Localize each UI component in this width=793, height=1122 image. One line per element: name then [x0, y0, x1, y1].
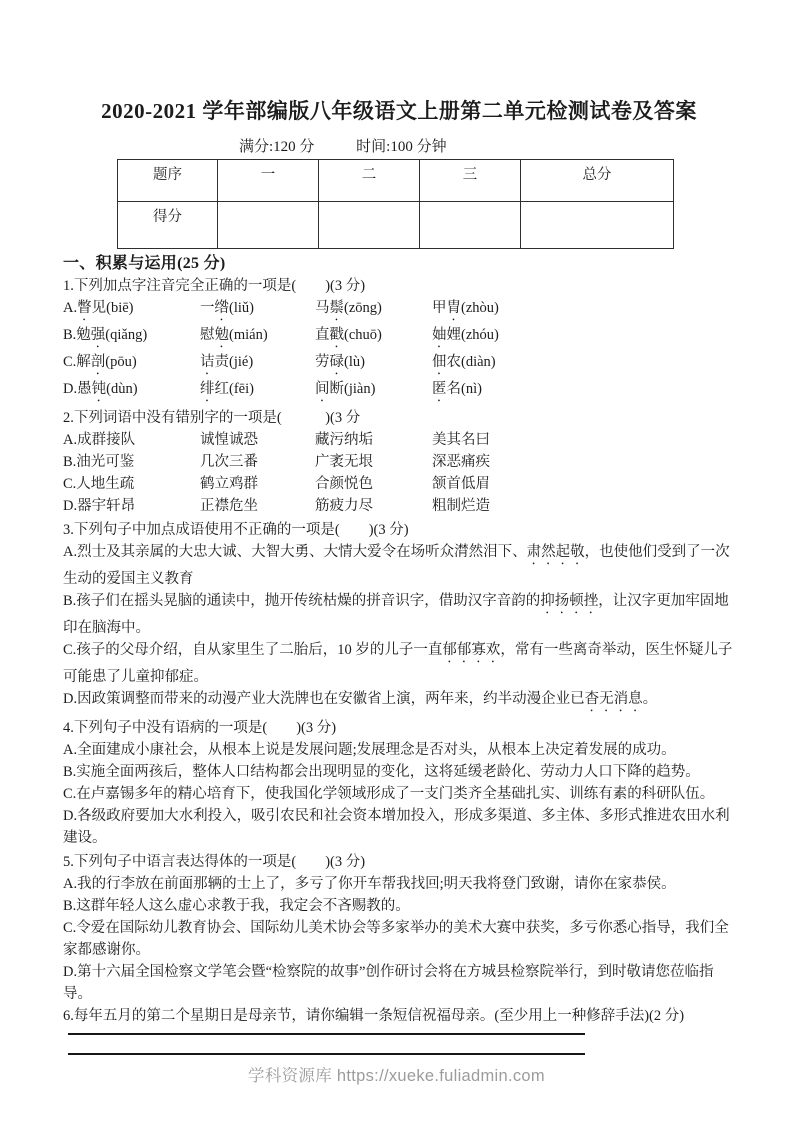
option-paragraph-b: B.孩子们在摇头晃脑的通读中，抛开传统枯燥的拼音识字，借助汉字音韵的抑扬顿挫，让… [63, 590, 735, 639]
question-stem: 2.下列词语中没有错别字的一项是( )(3 分 [63, 407, 735, 429]
option-paragraph-d: D.第十六届全国检察文学笔会暨“检察院的故事”创作研讨会将在方城县检察院举行，到… [63, 961, 735, 1005]
score-table: 题序 一 二 三 总分 得分 [117, 159, 674, 249]
option-paragraph-a: A.全面建成小康社会，从根本上说是发展问题;发展理念是否对头，从根本上决定着发展… [63, 739, 735, 761]
emphasized-text: 绺 [215, 300, 230, 316]
question-stem: 1.下列加点字注音完全正确的一项是( )(3 分) [63, 275, 735, 297]
answer-blank-area [63, 1030, 735, 1055]
emphasized-text: 钝 [92, 381, 107, 397]
emphasized-text: 强 [91, 327, 106, 343]
option-paragraph-c: C.令爱在国际幼儿教育协会、国际幼儿美术协会等多家举办的美术大赛中获奖，多亏你悉… [63, 917, 735, 961]
question-6: 6.每年五月的第二个星期日是母亲节，请你编辑一条短信祝福母亲。(至少用上一种修辞… [63, 1005, 735, 1027]
footer-credit: 学科资源库 https://xueke.fuliadmin.com [0, 1062, 793, 1086]
question-stem: 4.下列句子中没有语病的一项是( )(3 分) [63, 717, 735, 739]
score-table-cell [218, 202, 319, 249]
option-cell: 合颜悦色 [315, 473, 432, 495]
q2-option-row-a: A.成群接队 诚惶诚恐 藏污纳垢 美其名曰 [63, 429, 735, 451]
emphasized-text: 佃 [432, 354, 447, 370]
option-paragraph-b: B.这群年轻人这么虚心求教于我，我定会不吝赐教的。 [63, 895, 735, 917]
option-cell: A.瞥见(biē) [63, 297, 200, 324]
option-paragraph-a: A.烈士及其亲属的大忠大诚、大智大勇、大情大爱令在场听众潸然泪下、肃然起敬，也使… [63, 541, 735, 590]
question-stem: 5.下列句子中语言表达得体的一项是( )(3 分) [63, 851, 735, 873]
option-cell: 匿名(nì) [432, 378, 735, 405]
question-stem: 6.每年五月的第二个星期日是母亲节，请你编辑一条短信祝福母亲。(至少用上一种修辞… [63, 1005, 735, 1027]
option-cell: 诘责(jié) [200, 351, 315, 378]
option-cell: 诚惶诚恐 [200, 429, 315, 451]
exam-meta: 满分:120 分 时间:100 分钟 [239, 137, 735, 157]
option-cell: 颔首低眉 [432, 473, 735, 495]
score-table-cell: 一 [218, 160, 319, 202]
score-table-cell: 题序 [118, 160, 218, 202]
q2-option-row-b: B.油光可鉴 几次三番 广袤无垠 深恶痛疾 [63, 451, 735, 473]
emphasized-text: 勉 [215, 327, 230, 343]
option-cell: 粗制烂造 [432, 495, 735, 517]
option-cell: C.解剖(pōu) [63, 351, 200, 378]
option-cell: 慰勉(mián) [200, 324, 315, 351]
option-cell: B.勉强(qiǎng) [63, 324, 200, 351]
option-cell: 正襟危坐 [200, 495, 315, 517]
emphasized-text: 间 [315, 381, 330, 397]
score-table-cell [521, 202, 674, 249]
emphasized-text: 匿 [432, 381, 447, 397]
option-cell: 广袤无垠 [315, 451, 432, 473]
option-cell: B.油光可鉴 [63, 451, 200, 473]
option-paragraph-c: C.在卢嘉锡多年的精心培育下，使我国化学领域形成了一支门类齐全基础扎实、训练有素… [63, 783, 735, 805]
option-cell: 几次三番 [200, 451, 315, 473]
option-cell: 佃农(diàn) [432, 351, 735, 378]
option-cell: 马鬃(zōng) [315, 297, 432, 324]
q2-option-row-d: D.器宇轩昂 正襟危坐 筋疲力尽 粗制烂造 [63, 495, 735, 517]
option-cell: 妯娌(zhóu) [432, 324, 735, 351]
option-cell: D.器宇轩昂 [63, 495, 200, 517]
option-cell: 深恶痛疾 [432, 451, 735, 473]
option-cell: 鹤立鸡群 [200, 473, 315, 495]
question-4: 4.下列句子中没有语病的一项是( )(3 分) A.全面建成小康社会，从根本上说… [63, 717, 735, 849]
option-cell: A.成群接队 [63, 429, 200, 451]
emphasized-text: 肃然起敬 [527, 544, 585, 560]
emphasized-text: 妯 [432, 327, 447, 343]
score-table-header-row: 题序 一 二 三 总分 [118, 160, 674, 202]
q1-option-row-b: B.勉强(qiǎng) 慰勉(mián) 直戳(chuō) 妯娌(zhóu) [63, 324, 735, 351]
option-cell: 间断(jiàn) [315, 378, 432, 405]
emphasized-text: 戳 [330, 327, 345, 343]
score-table-cell: 二 [319, 160, 420, 202]
score-table-cell: 得分 [118, 202, 218, 249]
emphasized-text: 诘 [200, 354, 215, 370]
time-limit-label: 时间:100 分钟 [356, 137, 446, 157]
question-5: 5.下列句子中语言表达得体的一项是( )(3 分) A.我的行李放在前面那辆的士… [63, 851, 735, 1005]
option-cell: 绯红(fēi) [200, 378, 315, 405]
emphasized-text: 胄 [447, 300, 462, 316]
option-cell: D.愚钝(dùn) [63, 378, 200, 405]
emphasized-text: 剖 [91, 354, 106, 370]
answer-line [68, 1035, 585, 1055]
option-cell: 藏污纳垢 [315, 429, 432, 451]
option-paragraph-d: D.各级政府要加大水利投入，吸引农民和社会资本增加投入，形成多渠道、多主体、多形… [63, 805, 735, 849]
option-cell: 直戳(chuō) [315, 324, 432, 351]
option-cell: 一绺(liǔ) [200, 297, 315, 324]
option-paragraph-d: D.因政策调整而带来的动漫产业大洗牌也在安徽省上演，两年来，约半动漫企业已杳无消… [63, 688, 735, 715]
score-table-cell [319, 202, 420, 249]
question-3: 3.下列句子中加点成语使用不正确的一项是( )(3 分) A.烈士及其亲属的大忠… [63, 519, 735, 715]
emphasized-text: 碌 [330, 354, 345, 370]
option-paragraph-c: C.孩子的父母介绍，自从家里生了二胎后，10 岁的儿子一直郁郁寡欢，常有一些离奇… [63, 639, 735, 688]
option-cell: 劳碌(lù) [315, 351, 432, 378]
section-heading: 一、积累与运用(25 分) [63, 253, 735, 275]
option-cell: 筋疲力尽 [315, 495, 432, 517]
score-table-cell [420, 202, 521, 249]
question-2: 2.下列词语中没有错别字的一项是( )(3 分 A.成群接队 诚惶诚恐 藏污纳垢… [63, 407, 735, 517]
question-stem: 3.下列句子中加点成语使用不正确的一项是( )(3 分) [63, 519, 735, 541]
emphasized-text: 瞥 [77, 300, 92, 316]
emphasized-text: 郁郁寡欢 [442, 642, 500, 658]
emphasized-text: 杳无消息 [585, 691, 643, 707]
score-table-cell: 总分 [521, 160, 674, 202]
q1-option-row-c: C.解剖(pōu) 诘责(jié) 劳碌(lù) 佃农(diàn) [63, 351, 735, 378]
option-paragraph-a: A.我的行李放在前面那辆的士上了，多亏了你开车帮我找回;明天我将登门致谢，请你在… [63, 873, 735, 895]
score-table-cell: 三 [420, 160, 521, 202]
score-table-score-row: 得分 [118, 202, 674, 249]
emphasized-text: 绯 [200, 381, 215, 397]
option-paragraph-b: B.实施全面两孩后，整体人口结构都会出现明显的变化，这将延缓老龄化、劳动力人口下… [63, 761, 735, 783]
page-title: 2020-2021 学年部编版八年级语文上册第二单元检测试卷及答案 [63, 96, 735, 126]
exam-paper: 2020-2021 学年部编版八年级语文上册第二单元检测试卷及答案 满分:120… [0, 0, 793, 1122]
q1-option-row-d: D.愚钝(dùn) 绯红(fēi) 间断(jiàn) 匿名(nì) [63, 378, 735, 405]
q2-option-row-c: C.人地生疏 鹤立鸡群 合颜悦色 颔首低眉 [63, 473, 735, 495]
question-1: 1.下列加点字注音完全正确的一项是( )(3 分) A.瞥见(biē) 一绺(l… [63, 275, 735, 405]
emphasized-text: 抑扬顿挫 [540, 593, 598, 609]
q1-option-row-a: A.瞥见(biē) 一绺(liǔ) 马鬃(zōng) 甲胄(zhòu) [63, 297, 735, 324]
emphasized-text: 鬃 [330, 300, 345, 316]
option-cell: 美其名曰 [432, 429, 735, 451]
full-score-label: 满分:120 分 [239, 137, 314, 157]
option-cell: 甲胄(zhòu) [432, 297, 735, 324]
option-cell: C.人地生疏 [63, 473, 200, 495]
